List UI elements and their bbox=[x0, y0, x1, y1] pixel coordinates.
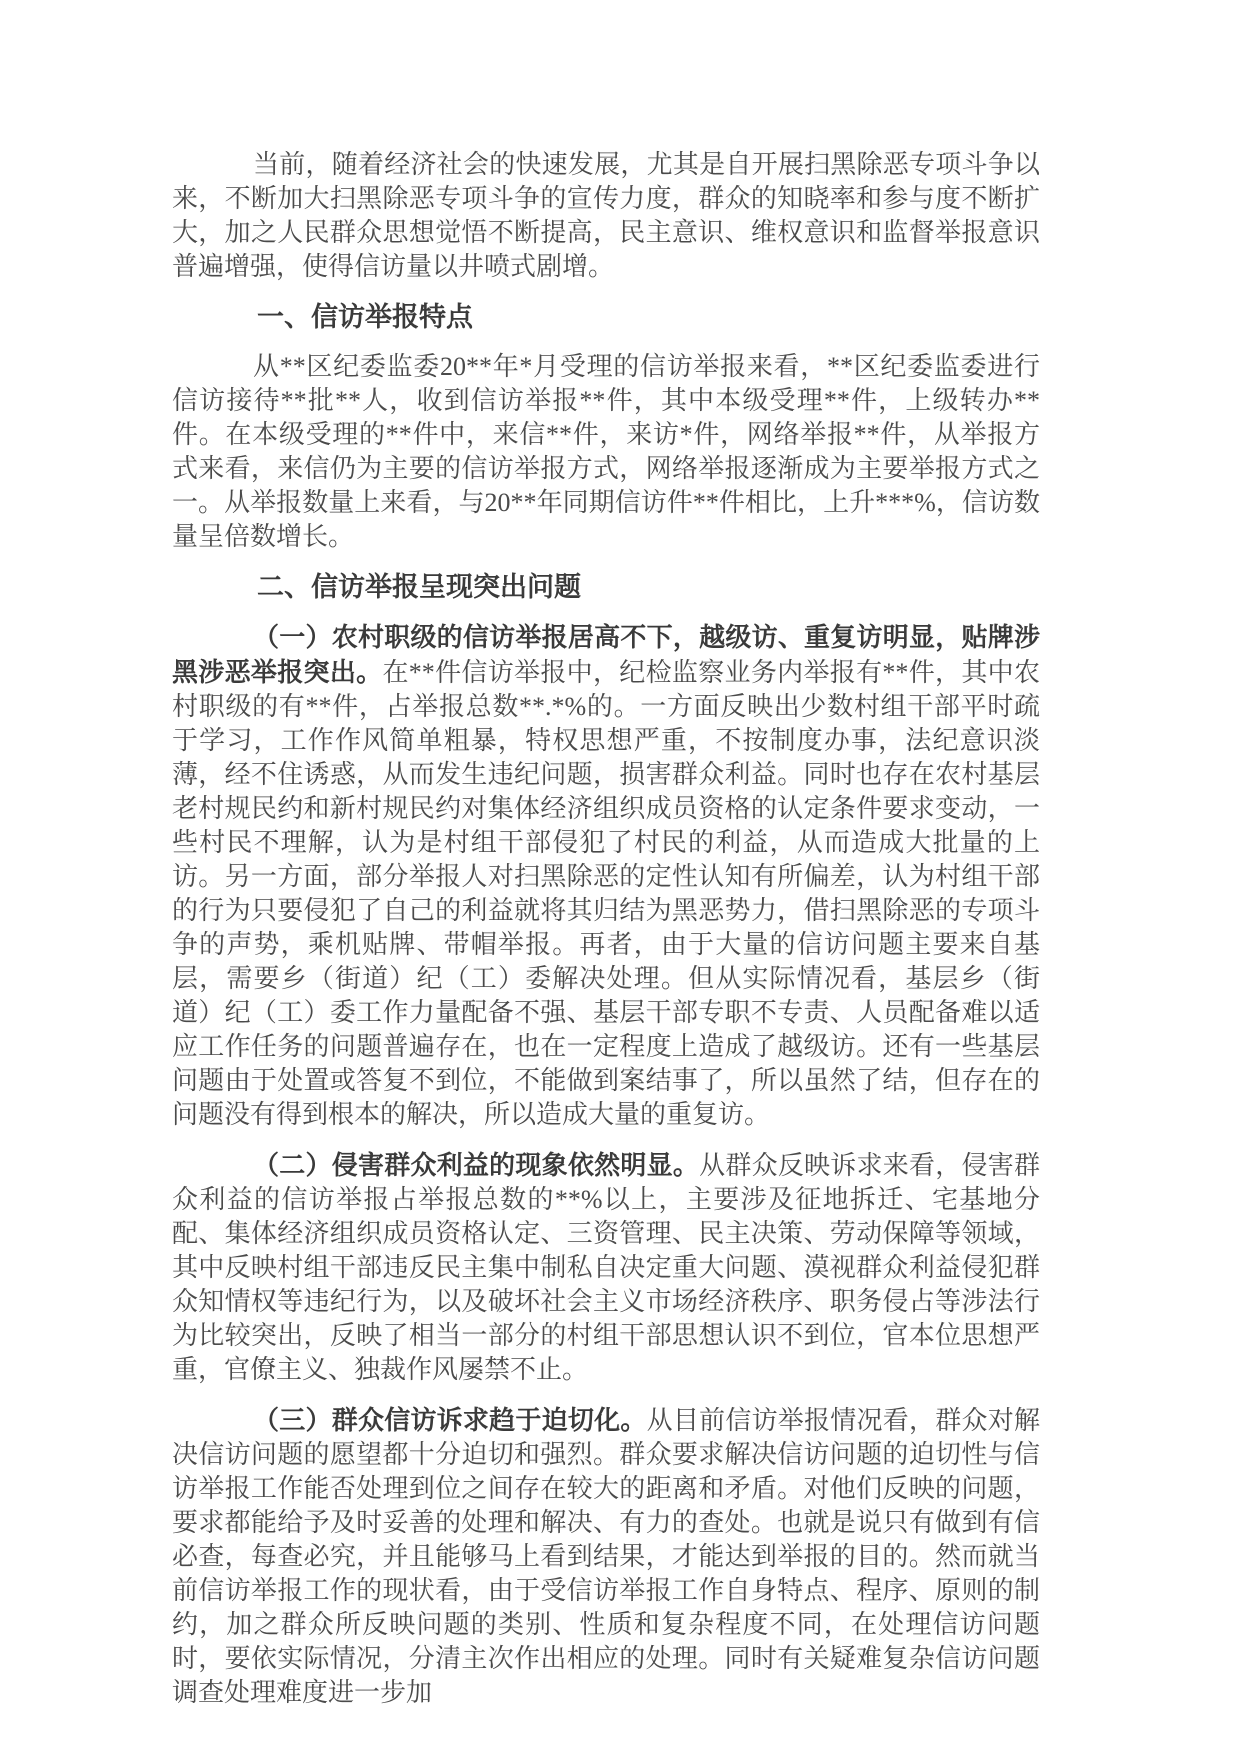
subsection-2-paragraph: （二）侵害群众利益的现象依然明显。从群众反映诉求来看，侵害群众利益的信访举报占举… bbox=[172, 1148, 1040, 1387]
section-features-paragraph: 从**区纪委监委20**年*月受理的信访举报来看，**区纪委监委进行信访接待**… bbox=[172, 350, 1040, 554]
document-page: 当前，随着经济社会的快速发展，尤其是自开展扫黑除恶专项斗争以来，不断加大扫黑除恶… bbox=[0, 0, 1240, 1754]
subsection-3-paragraph: （三）群众信访诉求趋于迫切化。从目前信访举报情况看，群众对解决信访问题的愿望都十… bbox=[172, 1403, 1040, 1710]
intro-paragraph: 当前，随着经济社会的快速发展，尤其是自开展扫黑除恶专项斗争以来，不断加大扫黑除恶… bbox=[172, 148, 1040, 284]
subsection-2-lead: （二）侵害群众利益的现象依然明显。 bbox=[253, 1150, 699, 1180]
subsection-2-body: 从群众反映诉求来看，侵害群众利益的信访举报占举报总数的**%以上，主要涉及征地拆… bbox=[172, 1151, 1040, 1384]
subsection-1-body: 在**件信访举报中，纪检监察业务内举报有**件，其中农村职级的有**件，占举报总… bbox=[172, 658, 1040, 1129]
section-problems-heading: 二、信访举报呈现突出问题 bbox=[172, 570, 1040, 604]
subsection-3-body: 从目前信访举报情况看，群众对解决信访问题的愿望都十分迫切和强烈。群众要求解决信访… bbox=[172, 1406, 1040, 1707]
subsection-3-lead: （三）群众信访诉求趋于迫切化。 bbox=[253, 1405, 647, 1435]
section-features-heading: 一、信访举报特点 bbox=[172, 300, 1040, 334]
subsection-1-paragraph: （一）农村职级的信访举报居高不下，越级访、重复访明显，贴牌涉黑涉恶举报突出。在*… bbox=[172, 620, 1040, 1132]
